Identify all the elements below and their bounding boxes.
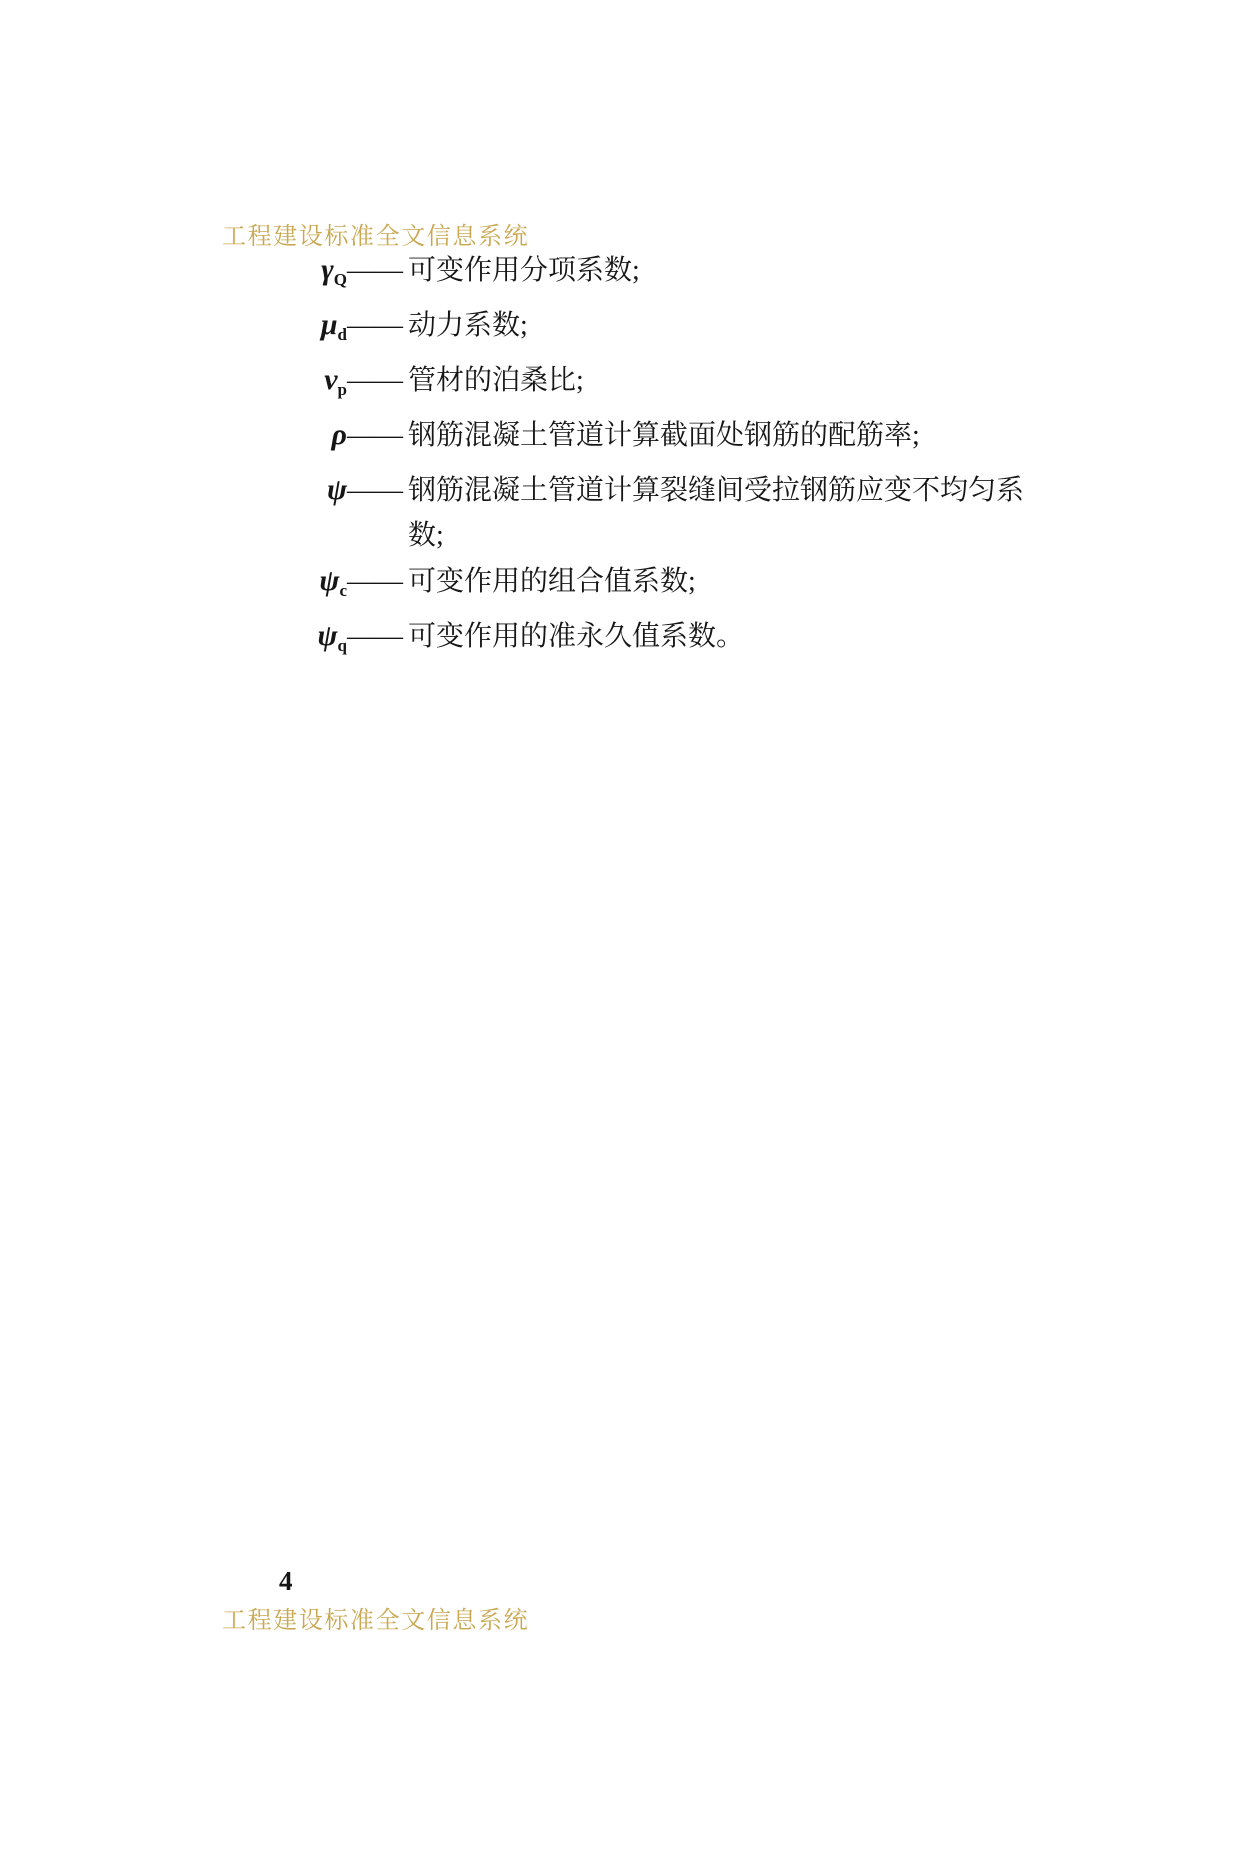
symbol-greek-letter: ψ — [319, 564, 339, 597]
symbol-description: 可变作用的组合值系数; — [408, 566, 696, 597]
header-watermark: 工程建设标准全文信息系统 — [222, 216, 529, 251]
symbol-cell: ψc — [0, 558, 347, 613]
symbol-description: 可变作用的准永久值系数。 — [408, 621, 744, 652]
symbol-greek-letter: μ — [321, 308, 338, 341]
symbol-subscript: c — [339, 581, 347, 600]
definition-cell: ——可变作用的准永久值系数。 — [347, 614, 1029, 659]
definition-dash: —— — [347, 365, 403, 396]
page-number: 4 — [279, 1566, 293, 1597]
symbol-cell: ψ — [0, 467, 347, 522]
document-page: 工程建设标准全文信息系统 γQ ——可变作用分项系数; μd ——动力系数; ν… — [0, 0, 1260, 1867]
symbol-description: 钢筋混凝土管道计算裂缝间受拉钢筋应变不均匀系数; — [408, 475, 1024, 551]
symbol-cell: ψq — [0, 613, 347, 668]
definition-cell: ——动力系数; — [347, 303, 1029, 348]
symbol-greek-letter: ν — [324, 363, 337, 396]
definition-dash: —— — [347, 255, 403, 286]
symbol-subscript: Q — [334, 270, 347, 289]
symbol-definition-row: νp ——管材的泊桑比; — [0, 357, 1060, 412]
definition-dash: —— — [347, 475, 403, 506]
symbol-greek-letter: ψ — [317, 619, 337, 652]
symbol-greek-letter: γ — [321, 253, 333, 286]
definition-cell: ——可变作用分项系数; — [347, 248, 1029, 293]
symbol-greek-letter: ψ — [327, 473, 347, 506]
symbol-definition-row: μd ——动力系数; — [0, 302, 1060, 357]
definition-cell: ——钢筋混凝土管道计算截面处钢筋的配筋率; — [347, 413, 1029, 458]
definition-cell: ——可变作用的组合值系数; — [347, 559, 1029, 604]
definition-dash: —— — [347, 566, 403, 597]
symbol-cell: γQ — [0, 247, 347, 302]
symbol-description: 管材的泊桑比; — [408, 365, 584, 396]
symbol-description: 钢筋混凝土管道计算截面处钢筋的配筋率; — [408, 420, 920, 451]
symbol-definition-row: ψq ——可变作用的准永久值系数。 — [0, 613, 1060, 668]
definition-dash: —— — [347, 420, 403, 451]
symbol-greek-letter: ρ — [332, 418, 347, 451]
footer-watermark: 工程建设标准全文信息系统 — [222, 1600, 529, 1635]
symbol-cell: μd — [0, 302, 347, 357]
definition-cell: ——管材的泊桑比; — [347, 358, 1029, 403]
symbol-definition-row: ψ ——钢筋混凝土管道计算裂缝间受拉钢筋应变不均匀系数; — [0, 467, 1060, 558]
symbol-definition-row: ψc ——可变作用的组合值系数; — [0, 558, 1060, 613]
symbol-description: 可变作用分项系数; — [408, 255, 640, 286]
definition-cell: ——钢筋混凝土管道计算裂缝间受拉钢筋应变不均匀系数; — [347, 468, 1029, 558]
definition-dash: —— — [347, 310, 403, 341]
symbol-subscript: p — [338, 380, 347, 399]
symbol-cell: ρ — [0, 412, 347, 467]
symbol-definition-row: γQ ——可变作用分项系数; — [0, 247, 1060, 302]
definition-dash: —— — [347, 621, 403, 652]
symbol-description: 动力系数; — [408, 310, 528, 341]
symbol-subscript: d — [338, 325, 347, 344]
symbol-subscript: q — [338, 636, 347, 655]
symbol-cell: νp — [0, 357, 347, 412]
symbol-definition-row: ρ ——钢筋混凝土管道计算截面处钢筋的配筋率; — [0, 412, 1060, 467]
symbol-definition-list: γQ ——可变作用分项系数; μd ——动力系数; νp ——管材的泊桑比; ρ… — [0, 247, 1060, 668]
